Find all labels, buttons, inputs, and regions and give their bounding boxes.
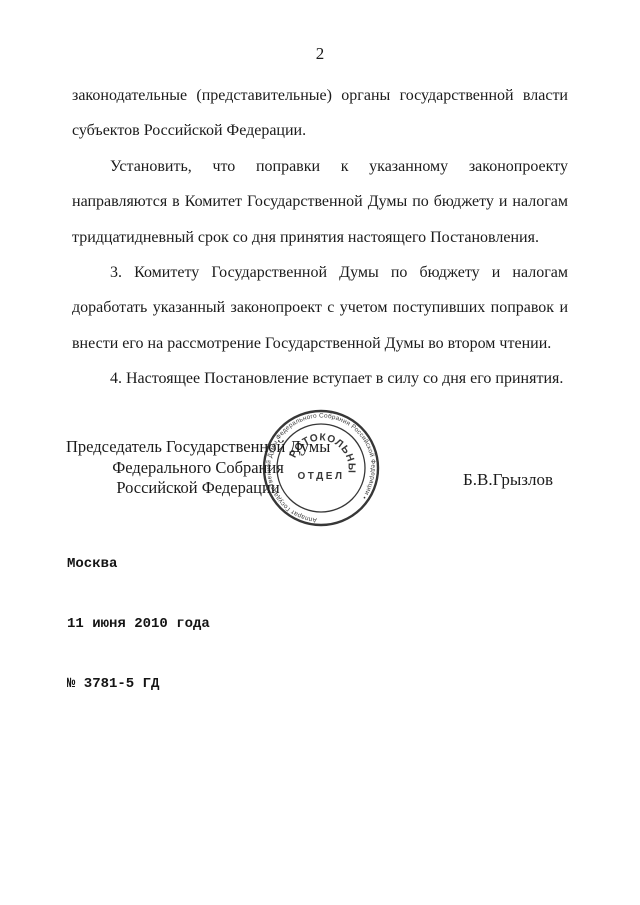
body-line: субъектов Российской Федерации. [72, 113, 568, 148]
stamp-graphics: Аппарат Государственной Думы Федеральног… [260, 405, 378, 525]
stamp-center-text: ОТДЕЛ [298, 471, 345, 482]
document-body-text: законодательные (представительные) орган… [72, 78, 568, 397]
body-line: 4. Настоящее Постановление вступает в си… [72, 361, 568, 396]
body-line: тридцатидневный срок со дня принятия нас… [72, 220, 568, 255]
page-number: 2 [0, 44, 640, 64]
stamp-outer-circle [264, 411, 378, 525]
footer-number: № 3781-5 ГД [67, 674, 210, 694]
body-line: 3. Комитету Государственной Думы по бюдж… [72, 255, 568, 290]
document-page: 2 законодательные (представительные) орг… [0, 0, 640, 905]
footer-date: 11 июня 2010 года [67, 614, 210, 634]
footer-city: Москва [67, 554, 210, 574]
round-stamp-protocol-department: Аппарат Государственной Думы Федеральног… [260, 405, 382, 531]
body-line: законодательные (представительные) орган… [72, 78, 568, 113]
footer-place-date-number: Москва 11 июня 2010 года № 3781-5 ГД [67, 514, 210, 734]
body-line: направляются в Комитет Государственной Д… [72, 184, 568, 219]
stamp-ring-text: Аппарат Государственной Думы Федеральног… [265, 412, 377, 523]
signer-name: Б.В.Грызлов [463, 470, 553, 490]
body-line: внести его на рассмотрение Государственн… [72, 326, 568, 361]
body-line: доработать указанный законопроект с учет… [72, 290, 568, 325]
body-line: Установить, что поправки к указанному за… [72, 149, 568, 184]
